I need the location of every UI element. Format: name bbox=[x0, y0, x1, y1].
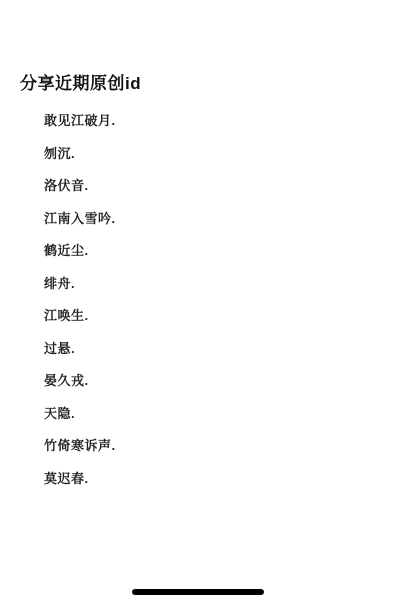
id-list-item: 刎沉. bbox=[44, 147, 116, 160]
id-list-item: 洛伏音. bbox=[44, 179, 116, 192]
home-indicator-bar[interactable] bbox=[132, 589, 264, 595]
id-list-item: 江南入雪吟. bbox=[44, 212, 116, 225]
post-title: 分享近期原创id bbox=[20, 75, 141, 94]
id-list-item: 鹤近尘. bbox=[44, 244, 116, 257]
id-list-item: 敢见江破月. bbox=[44, 114, 116, 127]
id-list-item: 天隐. bbox=[44, 407, 116, 420]
post-page: 分享近期原创id 敢见江破月. 刎沉. 洛伏音. 江南入雪吟. 鹤近尘. 绯舟.… bbox=[0, 0, 396, 600]
id-list-item: 莫迟春. bbox=[44, 472, 116, 485]
id-list-item: 江唤生. bbox=[44, 309, 116, 322]
id-list-item: 过悬. bbox=[44, 342, 116, 355]
id-list-item: 晏久戎. bbox=[44, 374, 116, 387]
id-list-item: 绯舟. bbox=[44, 277, 116, 290]
id-list: 敢见江破月. 刎沉. 洛伏音. 江南入雪吟. 鹤近尘. 绯舟. 江唤生. 过悬.… bbox=[44, 114, 116, 485]
id-list-item: 竹倚寒诉声. bbox=[44, 439, 116, 452]
